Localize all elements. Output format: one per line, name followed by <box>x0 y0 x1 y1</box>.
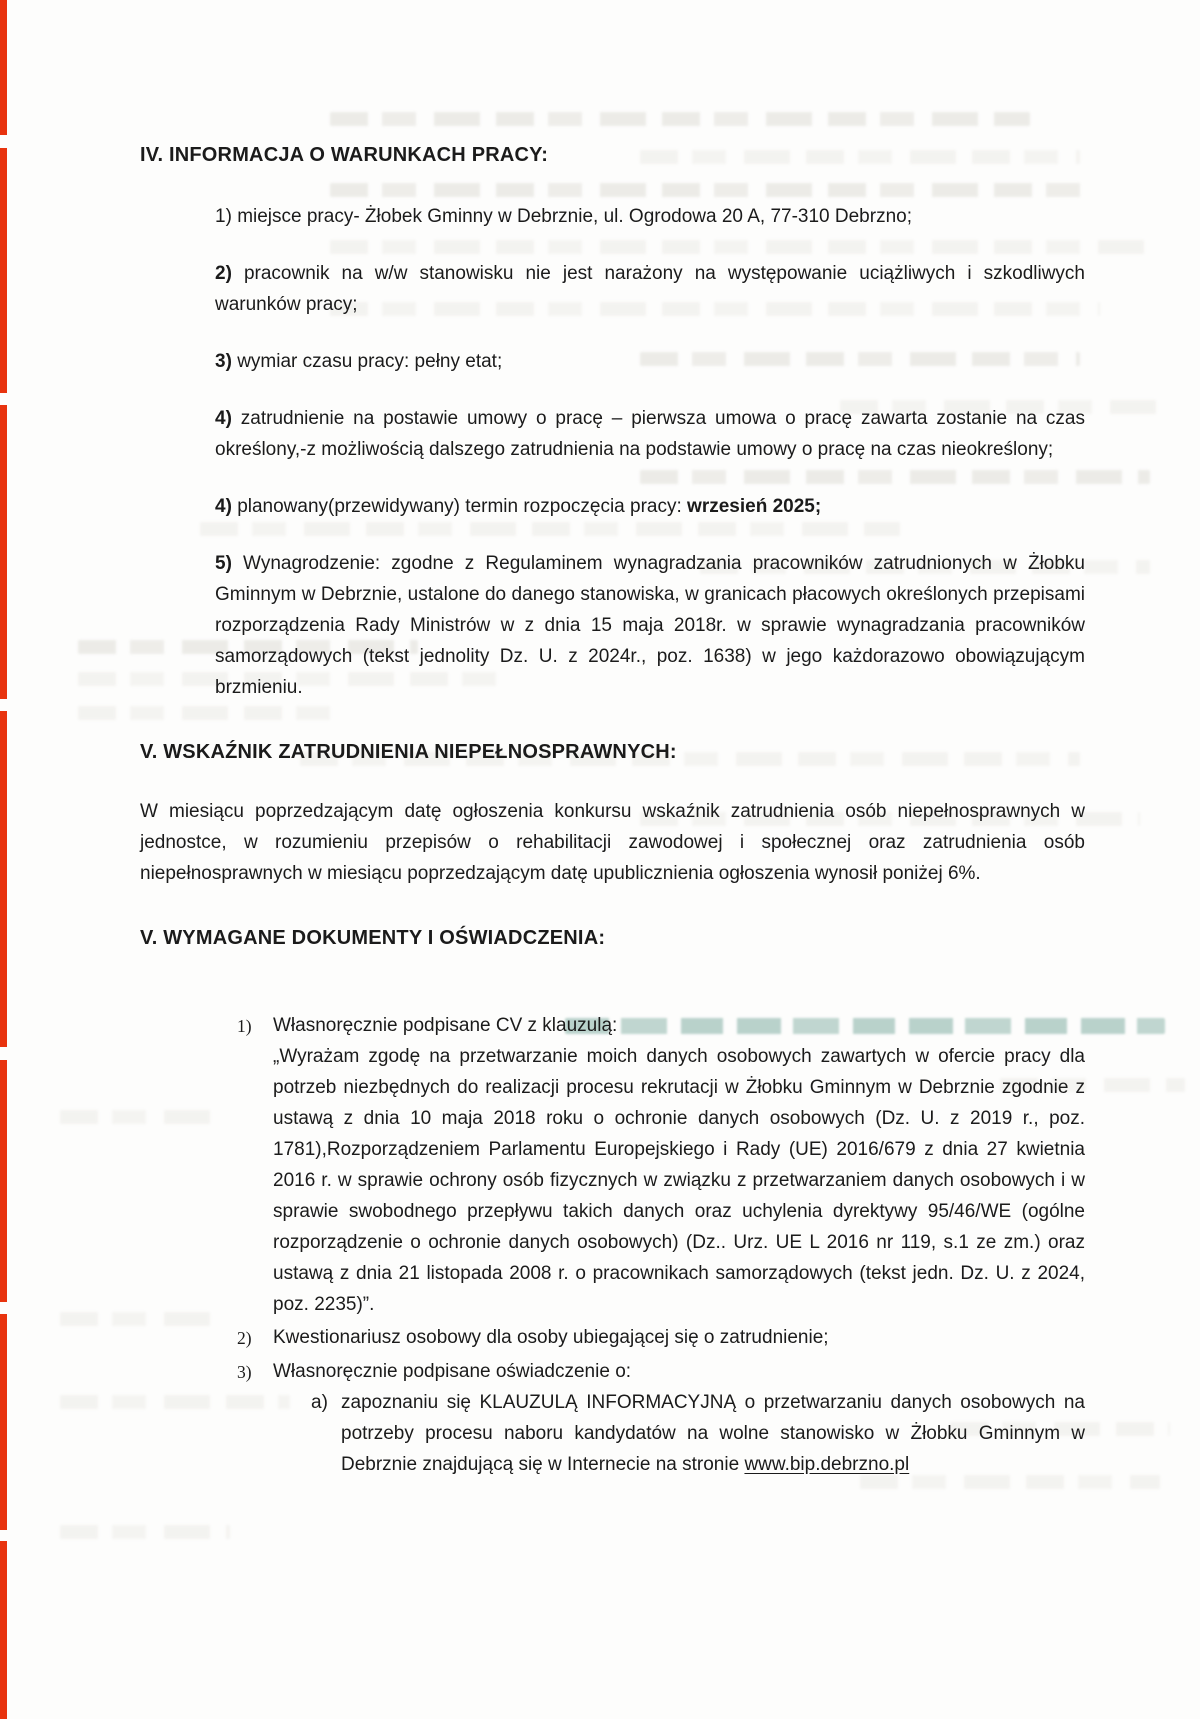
work-condition-item-2: 2) pracownik na w/w stanowisku nie jest … <box>140 258 1085 320</box>
list-number: 2) <box>237 1322 273 1354</box>
statement-intro-text: Własnoręcznie podpisane oświadczenie o: <box>273 1356 1085 1387</box>
work-condition-item-salary: 5) Wynagrodzenie: zgodne z Regulaminem w… <box>140 548 1085 703</box>
work-condition-item-start-date: 4) planowany(przewidywany) termin rozpoc… <box>140 491 1085 522</box>
section-heading-required-documents: V. WYMAGANE DOKUMENTY I OŚWIADCZENIA: <box>140 923 1085 954</box>
bleed-through-artifact <box>60 1525 230 1539</box>
section-heading-disability-rate: V. WSKAŹNIK ZATRUDNIENIA NIEPEŁNOSPRAWNY… <box>140 737 1085 768</box>
required-documents-list: 1) Własnoręcznie podpisane CV z klauzulą… <box>237 1010 1085 1480</box>
document-item-cv: 1) Własnoręcznie podpisane CV z klauzulą… <box>237 1010 1085 1320</box>
list-number: 1) <box>237 1010 273 1042</box>
bleed-through-artifact <box>330 112 1030 126</box>
statement-sub-item-a: a) zapoznaniu się KLAUZULĄ INFORMACYJNĄ … <box>311 1387 1085 1480</box>
cv-intro-text: Własnoręcznie podpisane CV z klauzulą: <box>273 1010 1085 1041</box>
disability-rate-paragraph: W miesiącu poprzedzającym datę ogłoszeni… <box>140 796 1085 889</box>
item-number: 4) <box>215 496 232 517</box>
work-condition-item-4: 4) zatrudnienie na postawie umowy o prac… <box>140 403 1085 465</box>
list-number: 3) <box>237 1356 273 1388</box>
item-text: wymiar czasu pracy: pełny etat; <box>237 351 502 372</box>
item-number: 4) <box>215 408 232 429</box>
bip-debrzno-link[interactable]: www.bip.debrzno.pl <box>744 1454 909 1475</box>
document-item-statement: 3) Własnoręcznie podpisane oświadczenie … <box>237 1356 1085 1480</box>
scan-edge-artifact <box>0 0 7 1719</box>
sub-item-text: zapoznaniu się KLAUZULĄ INFORMACYJNĄ o p… <box>341 1392 1085 1475</box>
sub-item-letter: a) <box>311 1387 341 1418</box>
item-text: zatrudnienie na postawie umowy o pracę –… <box>215 408 1085 460</box>
document-content: IV. INFORMACJA O WARUNKACH PRACY: 1) mie… <box>140 140 1085 1480</box>
start-date-value: wrzesień 2025; <box>687 496 821 517</box>
work-condition-item-3: 3) wymiar czasu pracy: pełny etat; <box>140 346 1085 377</box>
item-text: Wynagrodzenie: zgodne z Regulaminem wyna… <box>215 553 1085 698</box>
consent-clause-quote: „Wyrażam zgodę na przetwarzanie moich da… <box>273 1041 1085 1320</box>
item-number: 3) <box>215 351 232 372</box>
work-condition-item-1: 1) miejsce pracy- Żłobek Gminny w Debrzn… <box>140 201 1085 232</box>
item-text: miejsce pracy- Żłobek Gminny w Debrznie,… <box>237 206 912 227</box>
document-item-questionnaire: 2) Kwestionariusz osobowy dla osoby ubie… <box>237 1322 1085 1354</box>
item-number: 5) <box>215 553 232 574</box>
scanned-document-page: IV. INFORMACJA O WARUNKACH PRACY: 1) mie… <box>0 0 1200 1719</box>
questionnaire-text: Kwestionariusz osobowy dla osoby ubiegaj… <box>273 1322 1085 1353</box>
item-number: 2) <box>215 263 232 284</box>
section-heading-work-conditions: IV. INFORMACJA O WARUNKACH PRACY: <box>140 140 1085 171</box>
item-text: pracownik na w/w stanowisku nie jest nar… <box>215 263 1085 315</box>
item-text: planowany(przewidywany) termin rozpoczęc… <box>237 496 687 517</box>
item-number: 1) <box>215 206 232 227</box>
